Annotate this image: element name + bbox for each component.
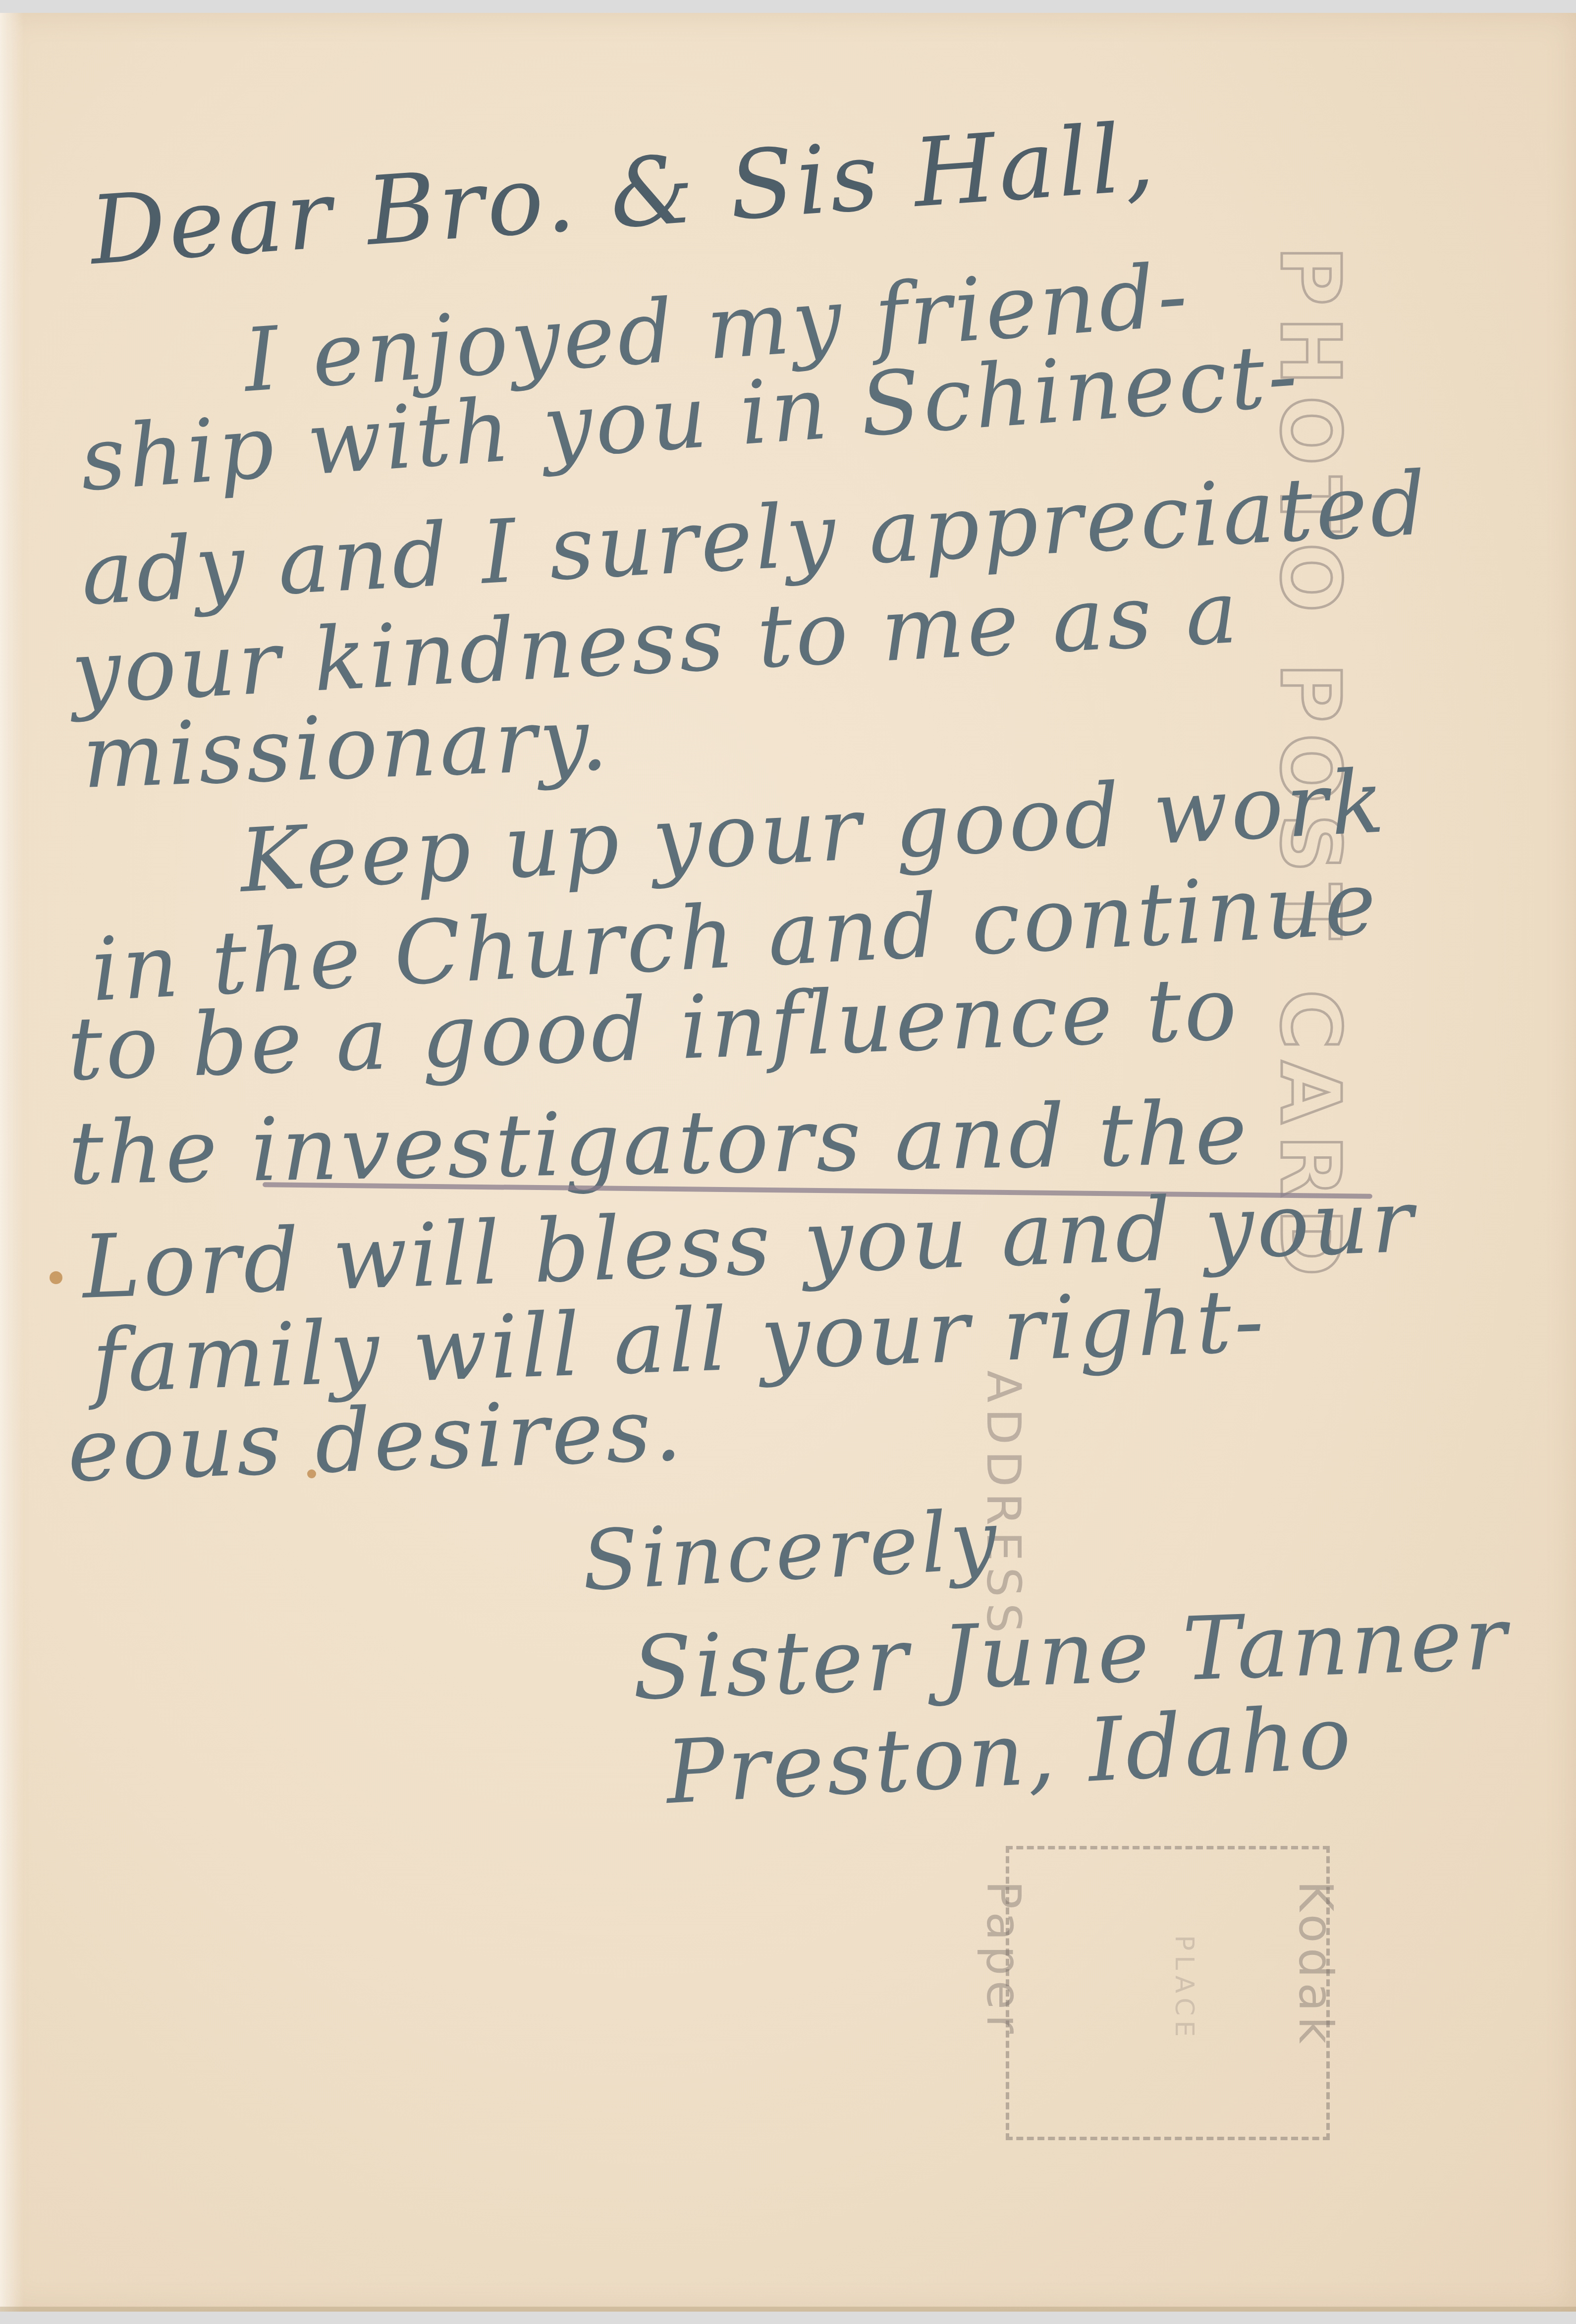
stamp-box <box>1006 1846 1330 2140</box>
postcard-back: PHOTO POST CARD Dear Bro. & Sis Hall, I … <box>0 13 1576 2312</box>
ink-stain <box>307 1469 316 1478</box>
ink-stain <box>50 1271 62 1284</box>
card-bottom-edge <box>0 2307 1576 2312</box>
letter-line: missionary. <box>81 688 612 808</box>
stamp-paper-label: Paper <box>976 1881 1031 2039</box>
card-edge-highlight <box>0 13 24 2312</box>
stamp-place-label: PLACE <box>1169 1935 1199 2042</box>
letter-signature: Sister June Tanner <box>631 1587 1511 1720</box>
letter-closing: Sincerely <box>580 1492 1002 1610</box>
stamp-kodak-label: Kodak <box>1288 1881 1343 2049</box>
letter-line: eous desires. <box>66 1379 686 1502</box>
